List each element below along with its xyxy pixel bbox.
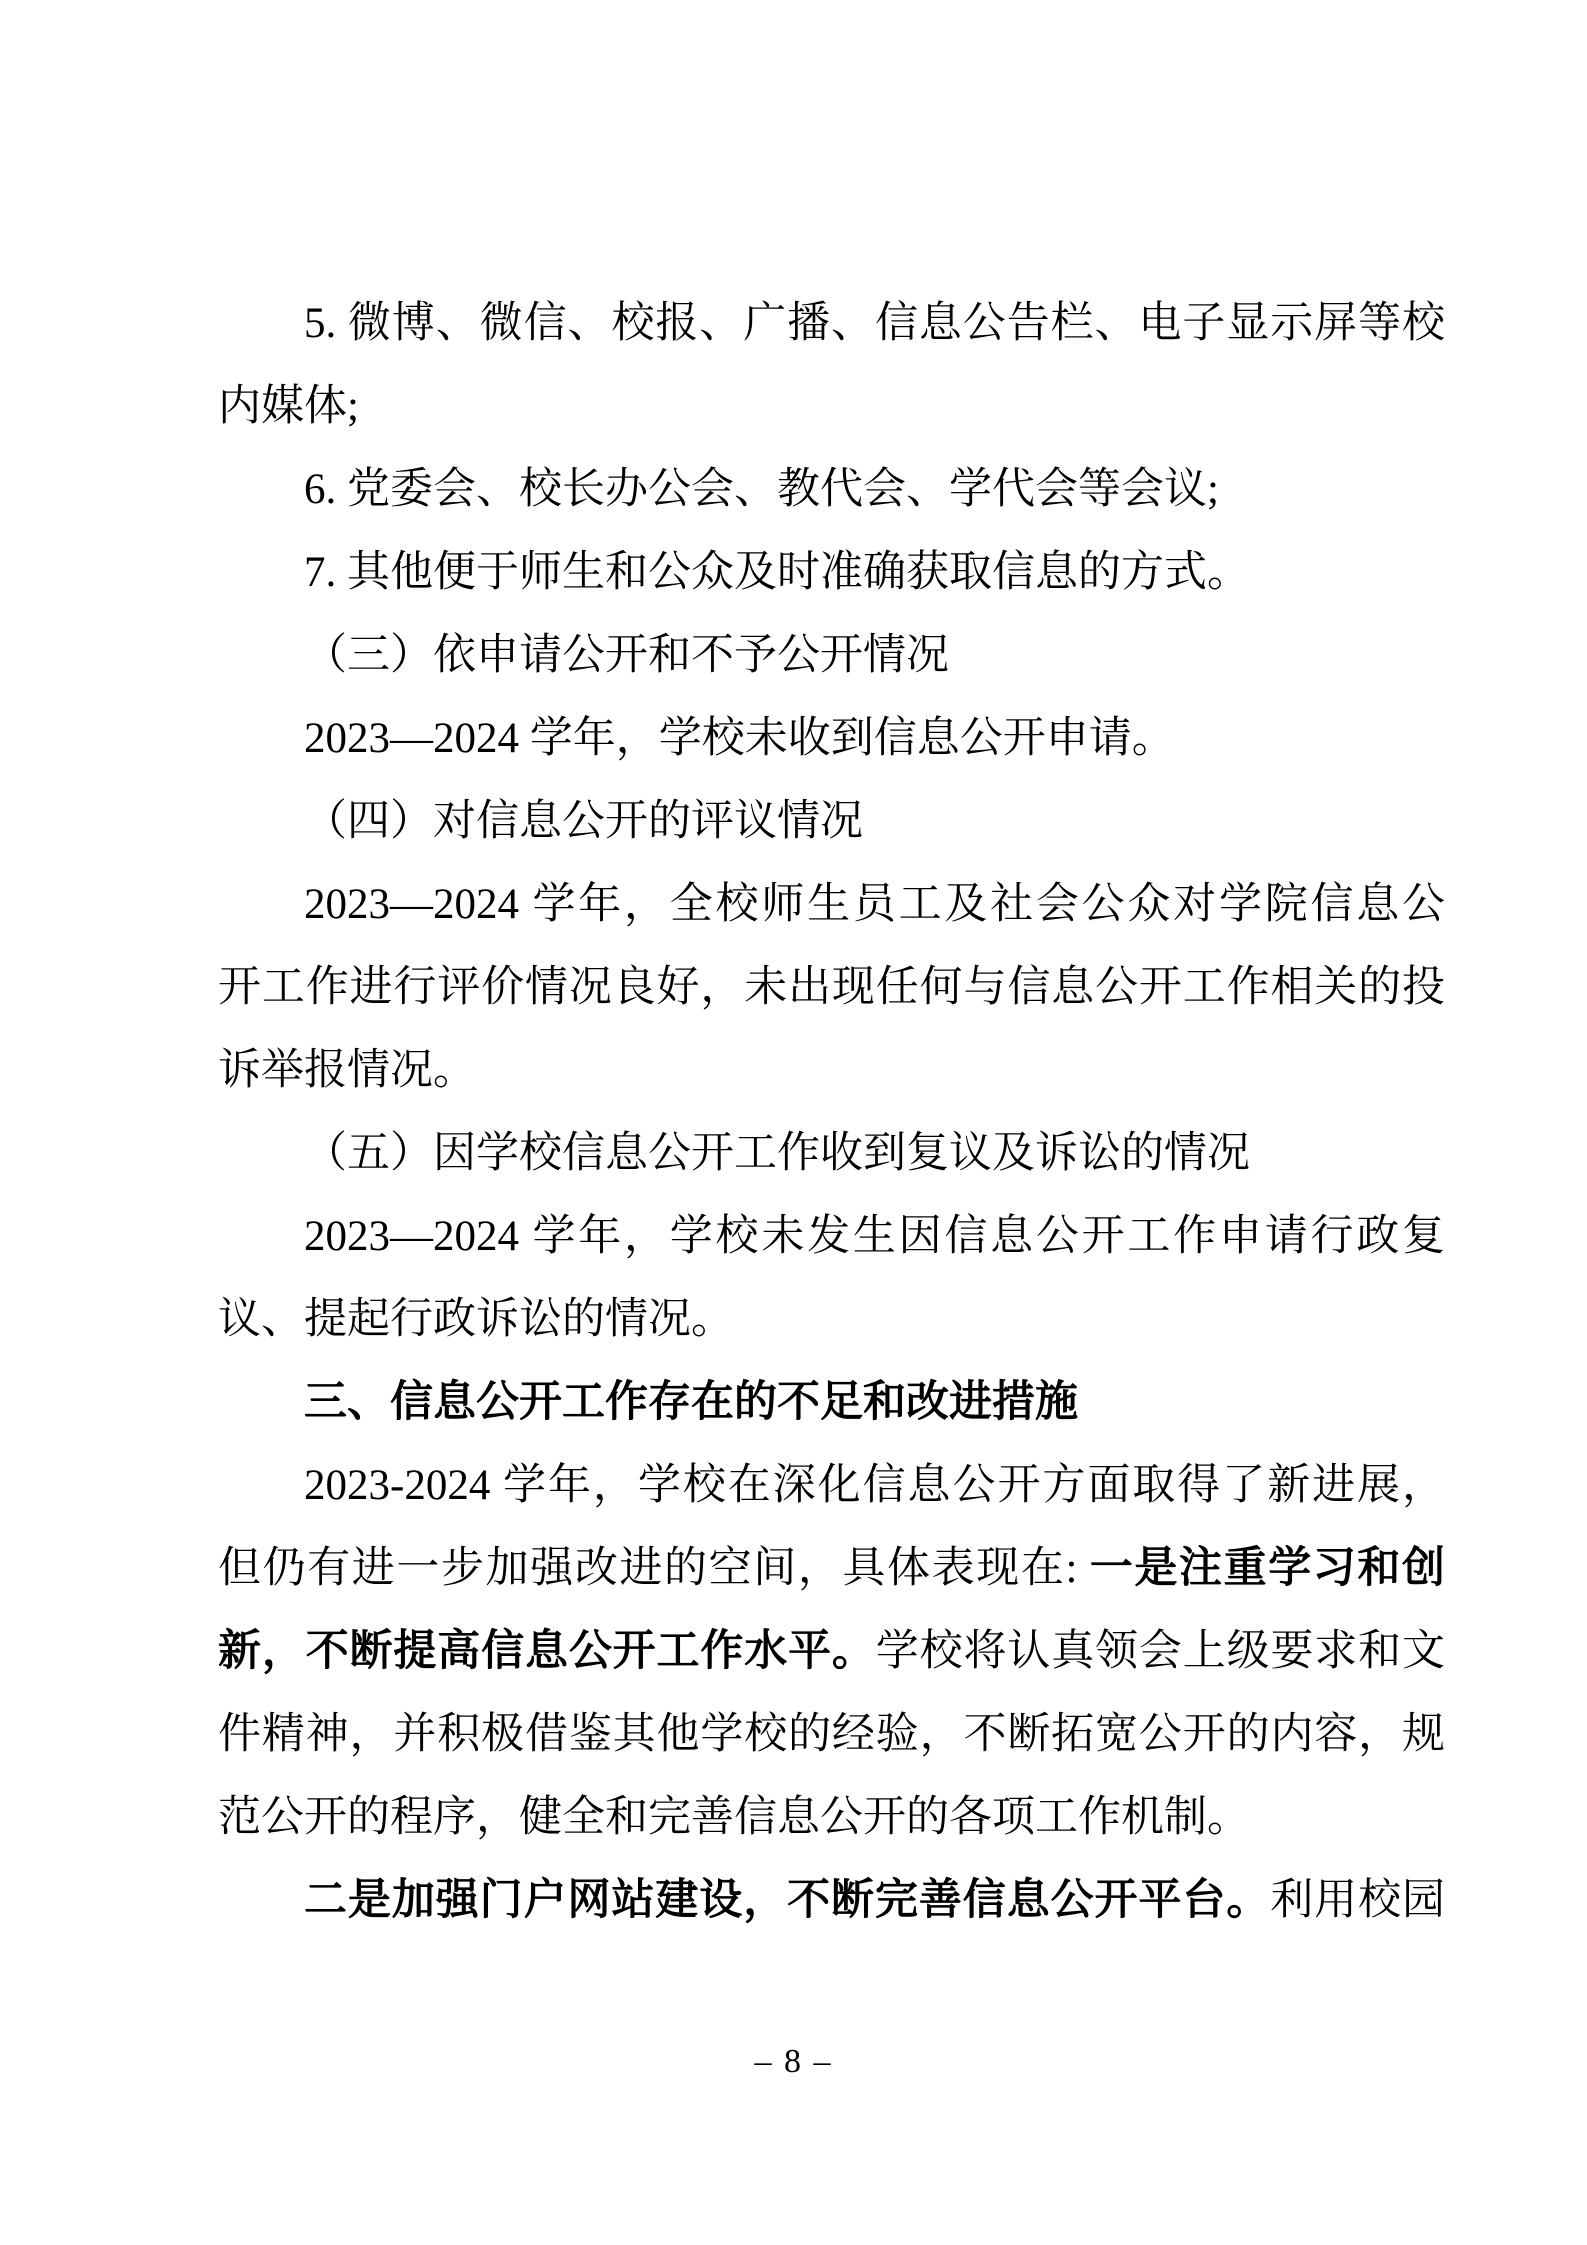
text-line: 2023—2024 学年，学校未收到信息公开申请。 [218,697,1445,780]
text-line: 内媒体; [218,365,1445,448]
text-line: 议、提起行政诉讼的情况。 [218,1278,1445,1361]
text-line: （四）对信息公开的评议情况 [218,780,1445,863]
text-line: 二是加强门户网站建设，不断完善信息公开平台。利用校园 [218,1859,1445,1942]
text-segment: 三、信息公开工作存在的不足和改进措施 [304,1378,1078,1426]
text-segment: 2023—2024 学年，学校未发生因信息公开工作申请行政复 [304,1213,1445,1260]
text-segment: 二是加强门户网站建设，不断完善信息公开平台。 [304,1877,1270,1924]
text-line: 7. 其他便于师生和公众及时准确获取信息的方式。 [218,531,1445,614]
text-line: 但仍有进一步加强改进的空间，具体表现在: 一是注重学习和创 [218,1527,1445,1610]
text-line: （五）因学校信息公开工作收到复议及诉讼的情况 [218,1112,1445,1195]
text-segment: 6. 党委会、校长办公会、教代会、学代会等会议; [304,466,1219,513]
text-line: 2023—2024 学年，学校未发生因信息公开工作申请行政复 [218,1195,1445,1278]
text-segment: 新，不断提高信息公开工作水平。 [218,1628,876,1675]
text-line: 诉举报情况。 [218,1029,1445,1112]
text-segment: 开工作进行评价情况良好，未出现任何与信息公开工作相关的投 [218,964,1445,1011]
text-segment: 件精神，并积极借鉴其他学校的经验，不断拓宽公开的内容，规 [218,1711,1445,1758]
section-heading: 三、信息公开工作存在的不足和改进措施 [218,1361,1445,1444]
text-segment: 7. 其他便于师生和公众及时准确获取信息的方式。 [304,549,1250,596]
page-footer: – 8 – [0,2042,1587,2082]
text-line: 5. 微博、微信、校报、广播、信息公告栏、电子显示屏等校 [218,282,1445,365]
text-line: 件精神，并积极借鉴其他学校的经验，不断拓宽公开的内容，规 [218,1693,1445,1776]
text-segment: 2023-2024 学年，学校在深化信息公开方面取得了新进展， [304,1462,1445,1509]
text-segment: 5. 微博、微信、校报、广播、信息公告栏、电子显示屏等校 [304,300,1445,347]
text-line: 6. 党委会、校长办公会、教代会、学代会等会议; [218,448,1445,531]
text-segment: （五）因学校信息公开工作收到复议及诉讼的情况 [304,1130,1250,1177]
text-segment: 议、提起行政诉讼的情况。 [218,1296,734,1343]
text-segment: 学校将认真领会上级要求和文 [876,1628,1445,1675]
document-page: 5. 微博、微信、校报、广播、信息公告栏、电子显示屏等校内媒体;6. 党委会、校… [0,0,1587,2245]
text-line: 2023-2024 学年，学校在深化信息公开方面取得了新进展， [218,1444,1445,1527]
text-segment: 2023—2024 学年，全校师生员工及社会公众对学院信息公 [304,881,1445,928]
text-segment: （三）依申请公开和不予公开情况 [304,632,949,679]
text-line: 新，不断提高信息公开工作水平。学校将认真领会上级要求和文 [218,1610,1445,1693]
text-segment: 但仍有进一步加强改进的空间，具体表现在: [218,1545,1090,1592]
text-segment: （四）对信息公开的评议情况 [304,798,863,845]
text-segment: 诉举报情况。 [218,1047,476,1094]
text-segment: 范公开的程序，健全和完善信息公开的各项工作机制。 [218,1794,1250,1841]
text-line: （三）依申请公开和不予公开情况 [218,614,1445,697]
text-segment: 2023—2024 学年，学校未收到信息公开申请。 [304,715,1175,762]
text-line: 2023—2024 学年，全校师生员工及社会公众对学院信息公 [218,863,1445,946]
document-body: 5. 微博、微信、校报、广播、信息公告栏、电子显示屏等校内媒体;6. 党委会、校… [218,282,1445,1942]
text-segment: 利用校园 [1270,1877,1445,1924]
text-line: 开工作进行评价情况良好，未出现任何与信息公开工作相关的投 [218,946,1445,1029]
page-number: – 8 – [755,2043,833,2080]
text-line: 范公开的程序，健全和完善信息公开的各项工作机制。 [218,1776,1445,1859]
text-segment: 一是注重学习和创 [1090,1545,1445,1592]
text-segment: 内媒体; [218,383,359,430]
